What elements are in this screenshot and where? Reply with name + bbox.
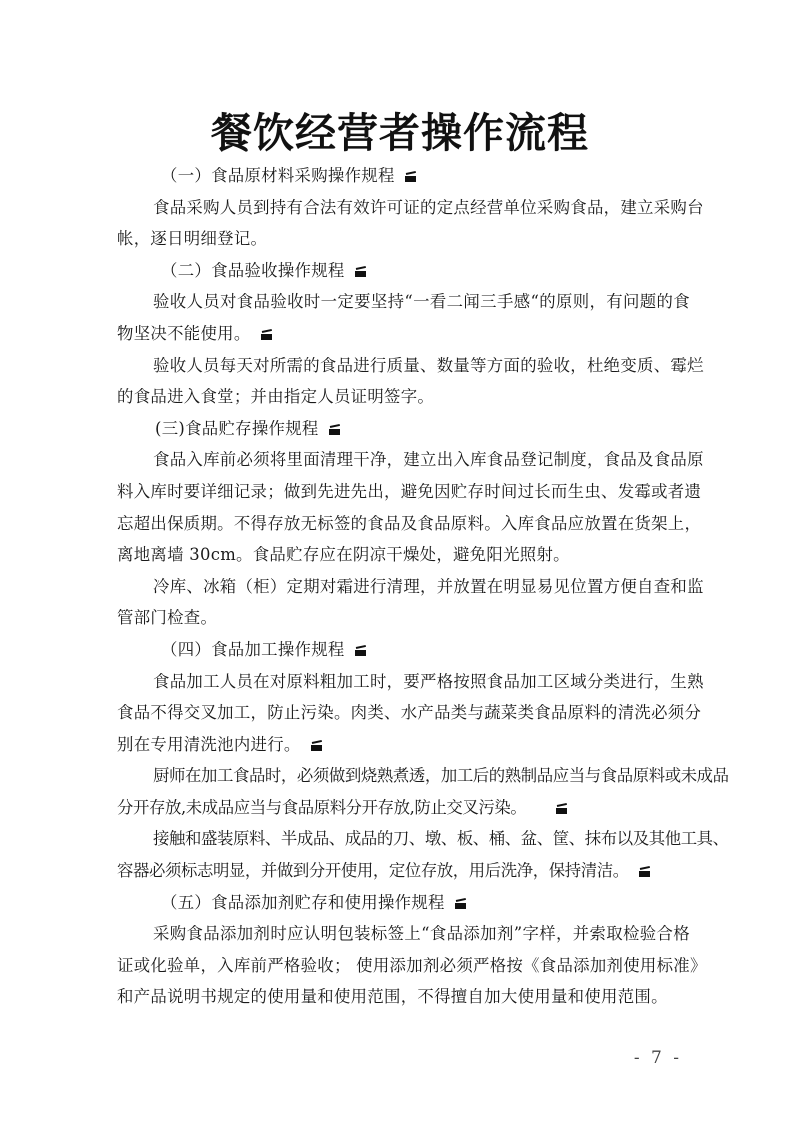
paragraph-line: 和产品说明书规定的使用量和使用范围，不得擅自加大使用量和使用范围。 (117, 981, 690, 1013)
page-number: - 7 - (634, 1048, 682, 1068)
paragraph-line: 接触和盛装原料、半成品、成品的刀、墩、板、桶、盆、筐、抹布以及其他工具、 (117, 823, 690, 855)
paragraph-line: 证或化验单，入库前严格验收； 使用添加剂必须严格按《食品添加剂使用标准》 (117, 950, 690, 982)
section-heading: （一）食品原材料采购操作规程 (117, 160, 690, 192)
paragraph-line: 的食品进入食堂；并由指定人员证明签字。 (117, 381, 690, 413)
clapperboard-mark-icon (311, 742, 322, 751)
section-heading: (三)食品贮存操作规程 (117, 413, 690, 445)
paragraph-line: 厨师在加工食品时，必须做到烧熟煮透，加工后的熟制品应当与食品原料或未成品 (117, 760, 690, 792)
paragraph-line: 忘超出保质期。不得存放无标签的食品及食品原料。入库食品应放置在货架上， (117, 508, 690, 540)
clapperboard-mark-icon (639, 868, 650, 877)
paragraph-line: 分开存放,未成品应当与食品原料分开存放,防止交叉污染。 (117, 792, 690, 824)
clapperboard-mark-icon (261, 331, 272, 340)
paragraph-line: 食品入库前必须将里面清理干净，建立出入库食品登记制度，食品及食品原 (117, 444, 690, 476)
clapperboard-mark-icon (455, 900, 466, 909)
paragraph-line: 容器必须标志明显，并做到分开使用，定位存放，用后洗净，保持清洁。 (117, 855, 690, 887)
clapperboard-mark-icon (556, 805, 567, 814)
clapperboard-mark-icon (355, 268, 366, 277)
paragraph-line: 食品采购人员到持有合法有效许可证的定点经营单位采购食品，建立采购台 (117, 192, 690, 224)
paragraph-line: 料入库时要详细记录；做到先进先出，避免因贮存时间过长而生虫、发霉或者遗 (117, 476, 690, 508)
paragraph-line: 食品不得交叉加工，防止污染。肉类、水产品类与蔬菜类食品原料的清洗必须分 (117, 697, 690, 729)
paragraph-line: 物坚决不能使用。 (117, 318, 690, 350)
paragraph-line: 别在专用清洗池内进行。 (117, 729, 690, 761)
paragraph-line: 帐，逐日明细登记。 (117, 223, 690, 255)
paragraph-line: 验收人员每天对所需的食品进行质量、数量等方面的验收，杜绝变质、霉烂 (117, 350, 690, 382)
paragraph-line: 离地离墙 30cm。食品贮存应在阴凉干燥处，避免阳光照射。 (117, 539, 690, 571)
clapperboard-mark-icon (355, 647, 366, 656)
document-body: （一）食品原材料采购操作规程 食品采购人员到持有合法有效许可证的定点经营单位采购… (117, 160, 690, 1013)
paragraph-line: 验收人员对食品验收时一定要坚持“一看二闻三手感“的原则，有问题的食 (117, 286, 690, 318)
paragraph-line: 采购食品添加剂时应认明包装标签上“食品添加剂”字样，并索取检验合格 (117, 918, 690, 950)
paragraph-line: 食品加工人员在对原料粗加工时，要严格按照食品加工区域分类进行，生熟 (117, 666, 690, 698)
section-heading: （四）食品加工操作规程 (117, 634, 690, 666)
section-heading: （二）食品验收操作规程 (117, 255, 690, 287)
document-page: 餐饮经营者操作流程 （一）食品原材料采购操作规程 食品采购人员到持有合法有效许可… (0, 0, 800, 1131)
clapperboard-mark-icon (329, 426, 340, 435)
paragraph-line: 管部门检查。 (117, 602, 690, 634)
page-title: 餐饮经营者操作流程 (0, 100, 800, 159)
clapperboard-mark-icon (405, 173, 416, 182)
paragraph-line: 冷库、冰箱（柜）定期对霜进行清理，并放置在明显易见位置方便自查和监 (117, 571, 690, 603)
section-heading: （五）食品添加剂贮存和使用操作规程 (117, 887, 690, 919)
